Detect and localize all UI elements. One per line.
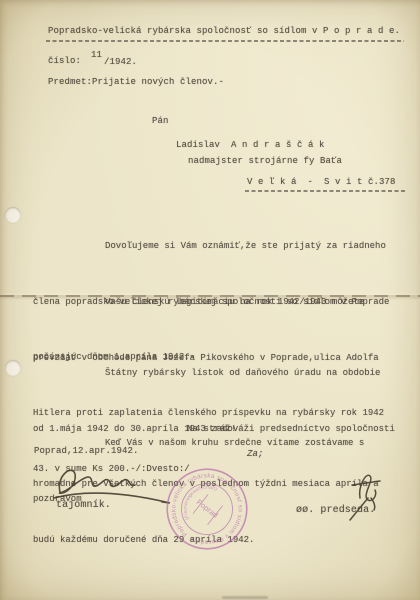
punch-hole-bottom <box>5 360 21 376</box>
chairman-role: øø. predseda. <box>296 505 375 516</box>
body-line: Štátny rybársky lístok od daňového úradu… <box>33 364 415 383</box>
recipient-role: nadmajster strojárne fy Baťa <box>188 156 342 166</box>
body-line: Vašu členskú legitimáciu na rok 1942/194… <box>33 293 415 312</box>
body-line: Dovoľujeme si Vám oznámiť,že ste prijatý… <box>33 237 415 256</box>
reference-number-label: číslo: <box>48 56 81 66</box>
recipient-address: V e ľ k á - S v i t č.378 <box>247 177 396 187</box>
recipient-name: Ladislav A n d r a š č á k <box>176 140 325 150</box>
secretary-role: tajomník. <box>56 500 111 511</box>
society-round-stamp: Popradsko-velická rybárska spoločnosť so… <box>156 458 258 560</box>
address-underline <box>245 190 405 192</box>
letterhead-underline <box>46 40 404 42</box>
letterhead-title: Popradsko-velická rybárska spoločnosť so… <box>48 26 400 36</box>
scanned-letter: Popradsko-velická rybárska spoločnosť so… <box>0 0 420 600</box>
punch-hole-top <box>5 207 21 223</box>
subject-line: Predmet:Prijatie nových členov.- <box>48 77 224 87</box>
stamp-center-text: Poprad <box>195 498 220 520</box>
place-and-date: Poprad,12.apr.1942. <box>34 446 139 456</box>
reference-number-year: /1942. <box>104 57 137 67</box>
scan-smudge <box>222 596 268 599</box>
closing-salute: Na stráž! <box>187 424 237 434</box>
recipient-salutation: Pán <box>152 116 169 126</box>
reference-number-value: 11 <box>91 50 102 60</box>
